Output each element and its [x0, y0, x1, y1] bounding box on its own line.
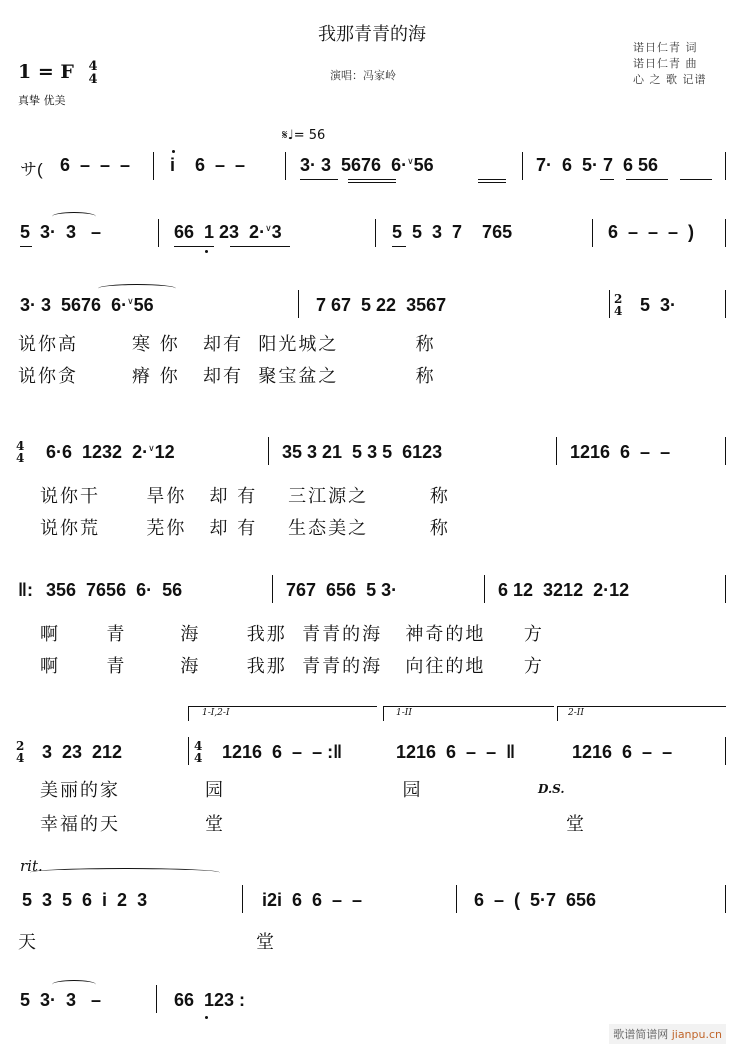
note: 6 – – – [60, 155, 130, 176]
barline [725, 290, 726, 318]
note: 3· 3 5676 6·∨56 [300, 155, 434, 176]
key-signature: 1 = F 4 4 [18, 60, 98, 86]
underline [300, 179, 338, 180]
barline [188, 737, 189, 765]
singer-credit: 演唱：冯家岭 [330, 67, 396, 83]
lyrics-verse-2: 说你贪 瘠 你 却有 聚宝盆之 称 [18, 362, 436, 388]
slur [98, 284, 176, 293]
lyrics-verse-1: 堂 [256, 928, 276, 954]
lyrics-verse-2-end: 堂 [566, 810, 586, 836]
tempo-marking: 𝄋♩= 56 [282, 128, 325, 143]
barline [725, 437, 726, 465]
phrase-slur [30, 868, 220, 877]
note: 1216 6 – – [572, 742, 672, 763]
underline [20, 246, 32, 247]
lyrics-verse-2: 说你荒 芜你 却 有 生态美之 称 [40, 514, 450, 540]
underline [348, 182, 396, 183]
note: i2i 6 6 – – [262, 890, 362, 911]
barline [375, 219, 376, 247]
high-octave-dot [172, 150, 175, 153]
note: 6 – – – ) [608, 222, 694, 243]
barline [609, 290, 610, 318]
lyrics-verse-1: 说你高 寒 你 却有 阳光城之 称 [18, 330, 436, 356]
transcriber-credit: 心 之 歌 记谱 [633, 72, 707, 88]
low-octave-dot [205, 250, 208, 253]
tie [52, 980, 96, 989]
volta-label-1: 1-I,2-I [202, 708, 230, 718]
barline [298, 290, 299, 318]
note: 5 3 5 6 i 2 3 [22, 890, 147, 911]
underline [230, 246, 290, 247]
barline [725, 152, 726, 180]
barline [156, 985, 157, 1013]
barline [484, 575, 485, 603]
underline [478, 179, 506, 180]
dal-segno-marking: D.S. [538, 782, 565, 796]
barline [522, 152, 523, 180]
tie [52, 212, 96, 221]
underline [174, 246, 214, 247]
mood-marking: 真挚 优美 [18, 92, 66, 108]
barline [153, 152, 154, 180]
barline [725, 885, 726, 913]
barline [725, 575, 726, 603]
barline [556, 437, 557, 465]
note: i 6 – – [170, 155, 245, 176]
note: 35 3 21 5 3 5 6123 [282, 442, 442, 463]
lyrics-verse-2: 幸福的天 堂 [40, 810, 225, 836]
time-signature-change: 24 [614, 293, 622, 317]
composer-credit: 诺日仁青 曲 [633, 56, 707, 72]
time-signature-change: 24 [16, 740, 24, 764]
note: 767 656 5 3· [286, 580, 397, 601]
note: 66 1 23 2·∨3 [174, 222, 282, 243]
barline [272, 575, 273, 603]
note: 3· 3 5676 6·∨56 [20, 295, 154, 316]
barline [592, 219, 593, 247]
underline [392, 246, 406, 247]
note: 7· 6 5· 7 6 56 [536, 155, 658, 176]
note: 6 – ( 5·7 656 [474, 890, 596, 911]
low-octave-dot [205, 1016, 208, 1019]
note: 3 23 212 [42, 742, 122, 763]
underline [478, 182, 506, 183]
barline [725, 219, 726, 247]
lyrics-verse-2: 啊 青 海 我那 青青的海 向往的地 方 [40, 652, 544, 678]
note: 66 123 : [174, 990, 245, 1011]
barline [456, 885, 457, 913]
note: 5 3· 3 – [20, 990, 101, 1011]
lyrics-verse-1: 啊 青 海 我那 青青的海 神奇的地 方 [40, 620, 544, 646]
note: 356 7656 6· 56 [46, 580, 182, 601]
volta-label-2: 1-II [396, 708, 412, 718]
lyrics-verse-1: 天 [18, 928, 38, 954]
note: 5 3· [640, 295, 676, 316]
barline [268, 437, 269, 465]
note: 1216 6 – – [570, 442, 670, 463]
watermark: 歌谱简谱网 jianpu.cn [609, 1024, 726, 1044]
barline [285, 152, 286, 180]
note: 6·6 1232 2·∨12 [46, 442, 175, 463]
underline [600, 179, 614, 180]
time-signature-change: 44 [194, 740, 202, 764]
credits: 诺日仁青 词 诺日仁青 曲 心 之 歌 记谱 [633, 40, 707, 88]
lyrics-verse-1: 说你干 旱你 却 有 三江源之 称 [40, 482, 450, 508]
lyrics-verse-1: 美丽的家 园 园 [40, 776, 423, 802]
key-label: 1 = F [18, 61, 74, 83]
note: 5 5 3 7 765 [392, 222, 512, 243]
watermark-text: 歌谱简谱网 [613, 1028, 668, 1041]
underline [348, 179, 396, 180]
lyricist-credit: 诺日仁青 词 [633, 40, 707, 56]
time-signature-change: 44 [16, 440, 24, 464]
volta-label-3: 2-II [568, 708, 584, 718]
underline [626, 179, 668, 180]
barline [158, 219, 159, 247]
watermark-url: jianpu.cn [672, 1028, 722, 1041]
repeat-start[interactable]: ‖: [18, 580, 33, 601]
note: 7 67 5 22 3567 [316, 295, 446, 316]
barline [725, 737, 726, 765]
note: 1216 6 – – :‖ [222, 742, 342, 763]
note: 6 12 3212 2·12 [498, 580, 629, 601]
note: 5 3· 3 – [20, 222, 101, 243]
barline [242, 885, 243, 913]
note: 1216 6 – – ‖ [396, 742, 515, 763]
time-signature: 4 4 [88, 60, 97, 86]
underline [680, 179, 712, 180]
free-meter-symbol: サ( [20, 155, 43, 180]
